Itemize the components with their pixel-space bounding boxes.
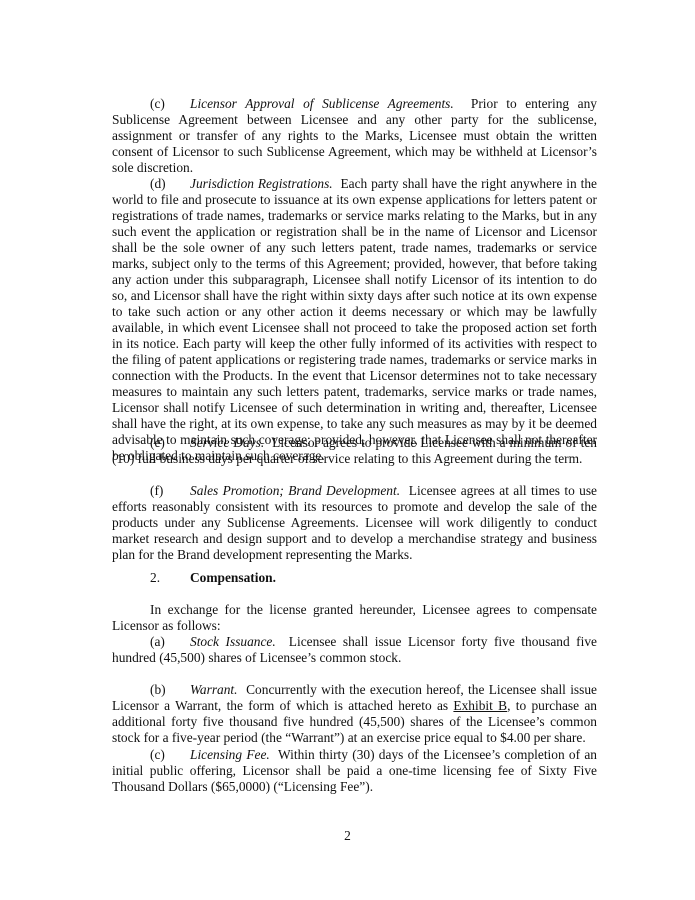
item-title: Licensing Fee. xyxy=(190,747,270,762)
paragraph: (e)Service Days. Licensor agrees to prov… xyxy=(112,435,597,467)
document-page: (c)Licensor Approval of Sublicense Agree… xyxy=(0,0,695,900)
compensation-heading: 2.Compensation. xyxy=(112,570,597,586)
section-heading: Compensation. xyxy=(190,570,276,585)
section-title: Sales Promotion; Brand Development. xyxy=(190,483,400,498)
paragraph: (b)Warrant. Concurrently with the execut… xyxy=(112,682,597,746)
item-label: (a) xyxy=(150,634,190,650)
section-label: (e) xyxy=(150,435,190,451)
paragraph: (c)Licensing Fee. Within thirty (30) day… xyxy=(112,747,597,795)
section-title: Service Days. xyxy=(190,435,264,450)
compensation-intro: In exchange for the license granted here… xyxy=(112,602,597,634)
section-body: Each party shall have the right anywhere… xyxy=(112,176,597,463)
compensation-item-a: (a)Stock Issuance. Licensee shall issue … xyxy=(112,634,597,666)
item-title: Warrant. xyxy=(190,682,238,697)
section-label: (d) xyxy=(150,176,190,192)
section-c-approval: (c)Licensor Approval of Sublicense Agree… xyxy=(112,96,597,176)
paragraph: (d)Jurisdiction Registrations. Each part… xyxy=(112,176,597,464)
section-d-jurisdiction: (d)Jurisdiction Registrations. Each part… xyxy=(112,176,597,464)
section-number: 2. xyxy=(150,570,190,586)
compensation-item-b: (b)Warrant. Concurrently with the execut… xyxy=(112,682,597,746)
paragraph: (c)Licensor Approval of Sublicense Agree… xyxy=(112,96,597,176)
paragraph: In exchange for the license granted here… xyxy=(112,602,597,634)
paragraph: (f)Sales Promotion; Brand Development. L… xyxy=(112,483,597,563)
section-f-sales-promotion: (f)Sales Promotion; Brand Development. L… xyxy=(112,483,597,563)
section-e-service-days: (e)Service Days. Licensor agrees to prov… xyxy=(112,435,597,467)
item-label: (b) xyxy=(150,682,190,698)
item-title: Stock Issuance. xyxy=(190,634,276,649)
heading: 2.Compensation. xyxy=(112,570,597,586)
exhibit-b-link: Exhibit B xyxy=(453,698,507,713)
section-title: Licensor Approval of Sublicense Agreemen… xyxy=(190,96,454,111)
page-number: 2 xyxy=(0,828,695,844)
section-title: Jurisdiction Registrations. xyxy=(190,176,333,191)
section-label: (f) xyxy=(150,483,190,499)
item-label: (c) xyxy=(150,747,190,763)
compensation-item-c: (c)Licensing Fee. Within thirty (30) day… xyxy=(112,747,597,795)
section-label: (c) xyxy=(150,96,190,112)
paragraph: (a)Stock Issuance. Licensee shall issue … xyxy=(112,634,597,666)
